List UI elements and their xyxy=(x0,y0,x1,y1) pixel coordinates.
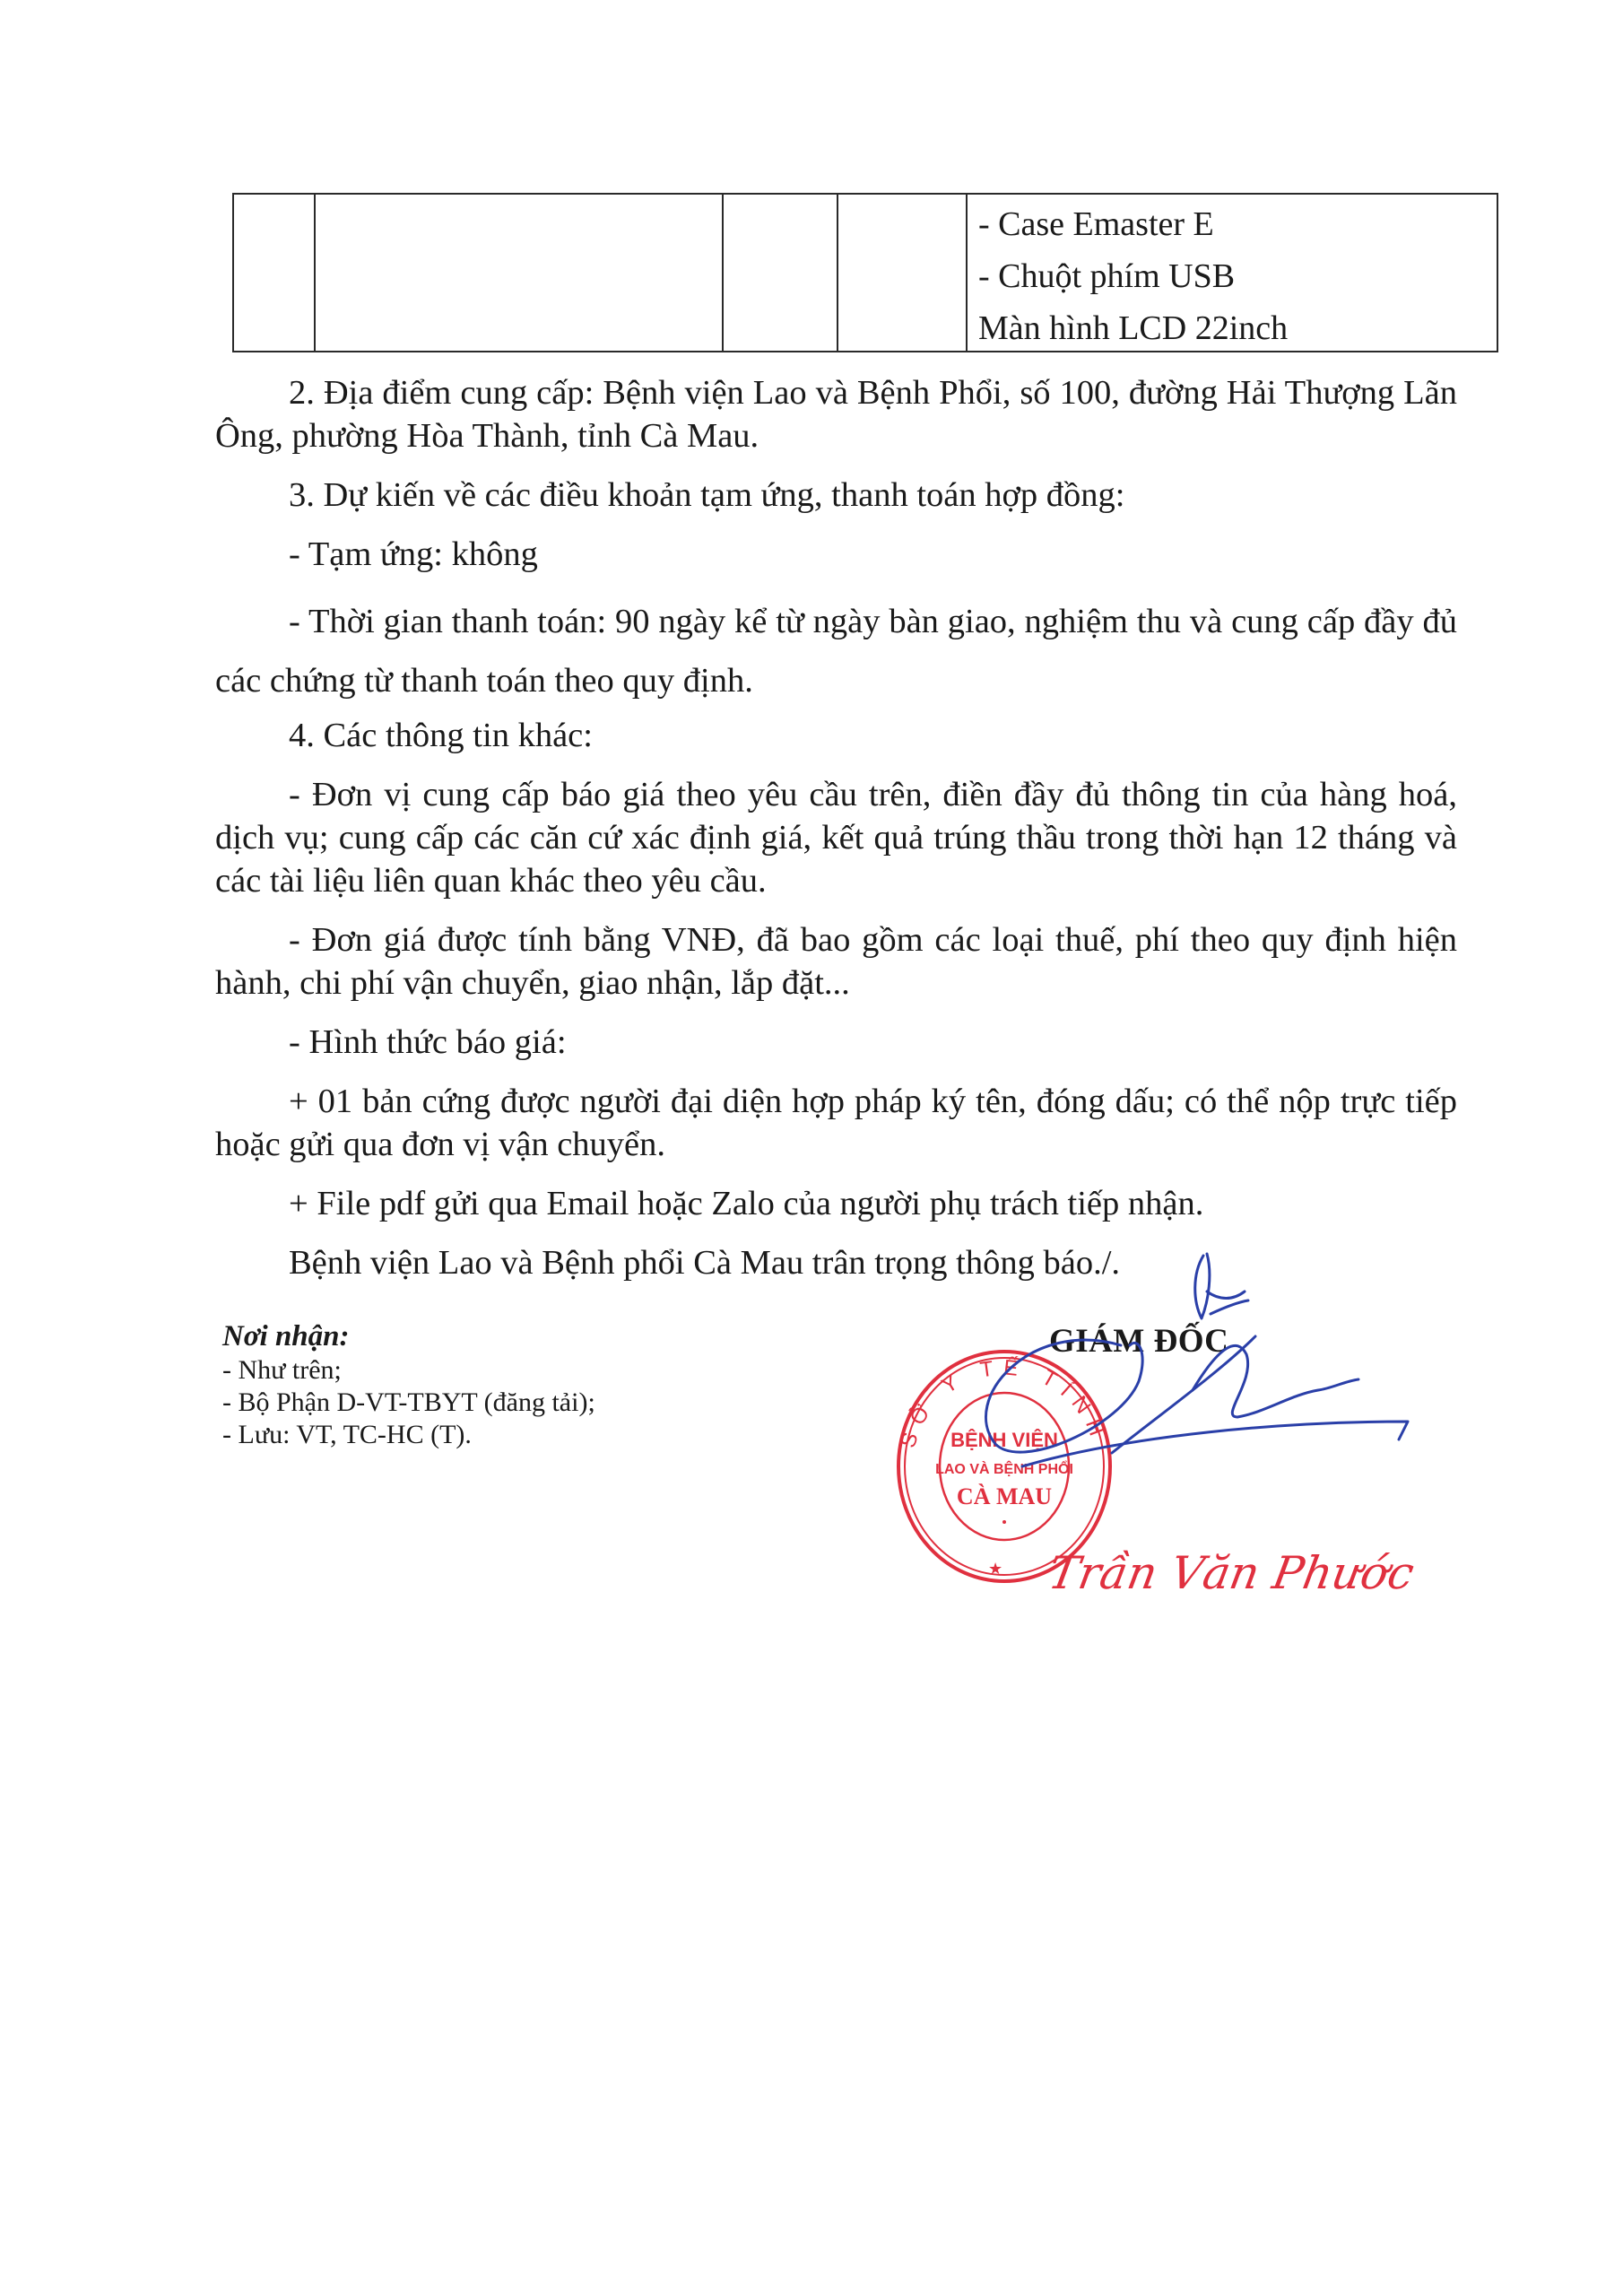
table-cell-specifications: - Case Emaster E - Chuột phím USB Màn hì… xyxy=(978,198,1491,354)
other-info-item-1: - Đơn vị cung cấp báo giá theo yêu cầu t… xyxy=(215,773,1457,902)
table-column-divider xyxy=(837,195,838,351)
spec-line: - Case Emaster E xyxy=(978,198,1491,250)
other-info-item-2: - Đơn giá được tính bằng VNĐ, đã bao gồm… xyxy=(215,918,1457,1004)
recipient-item: - Lưu: VT, TC-HC (T). xyxy=(222,1419,595,1451)
document-page: - Case Emaster E - Chuột phím USB Màn hì… xyxy=(0,0,1623,2296)
equipment-table-fragment: - Case Emaster E - Chuột phím USB Màn hì… xyxy=(232,193,1498,352)
table-column-divider xyxy=(314,195,316,351)
spec-line: Màn hình LCD 22inch xyxy=(978,302,1491,354)
recipient-item: - Bộ Phận D-VT-TBYT (đăng tải); xyxy=(222,1387,595,1419)
spec-line: - Chuột phím USB xyxy=(978,250,1491,302)
other-info-heading: 4. Các thông tin khác: xyxy=(215,714,1457,757)
quote-form-item-1: + 01 bản cứng được người đại diện hợp ph… xyxy=(215,1080,1457,1166)
svg-text:★: ★ xyxy=(988,1560,1002,1578)
signer-name: Trần Văn Phước xyxy=(1045,1547,1418,1599)
quote-form-heading: - Hình thức báo giá: xyxy=(215,1021,1457,1064)
recipient-item: - Như trên; xyxy=(222,1354,595,1387)
payment-time: - Thời gian thanh toán: 90 ngày kể từ ng… xyxy=(215,592,1457,710)
recipients-block: Nơi nhận: - Như trên; - Bộ Phận D-VT-TBY… xyxy=(222,1318,595,1451)
recipients-title: Nơi nhận: xyxy=(222,1318,595,1354)
handwritten-signature-icon xyxy=(924,1238,1426,1534)
advance-payment: - Tạm ứng: không xyxy=(215,533,1457,576)
payment-terms-heading: 3. Dự kiến về các điều khoản tạm ứng, th… xyxy=(215,474,1457,517)
quote-form-item-2: + File pdf gửi qua Email hoặc Zalo của n… xyxy=(215,1182,1457,1225)
delivery-location: 2. Địa điểm cung cấp: Bệnh viện Lao và B… xyxy=(215,371,1457,457)
table-column-divider xyxy=(722,195,724,351)
document-body: 2. Địa điểm cung cấp: Bệnh viện Lao và B… xyxy=(215,371,1457,1284)
table-column-divider xyxy=(966,195,968,351)
